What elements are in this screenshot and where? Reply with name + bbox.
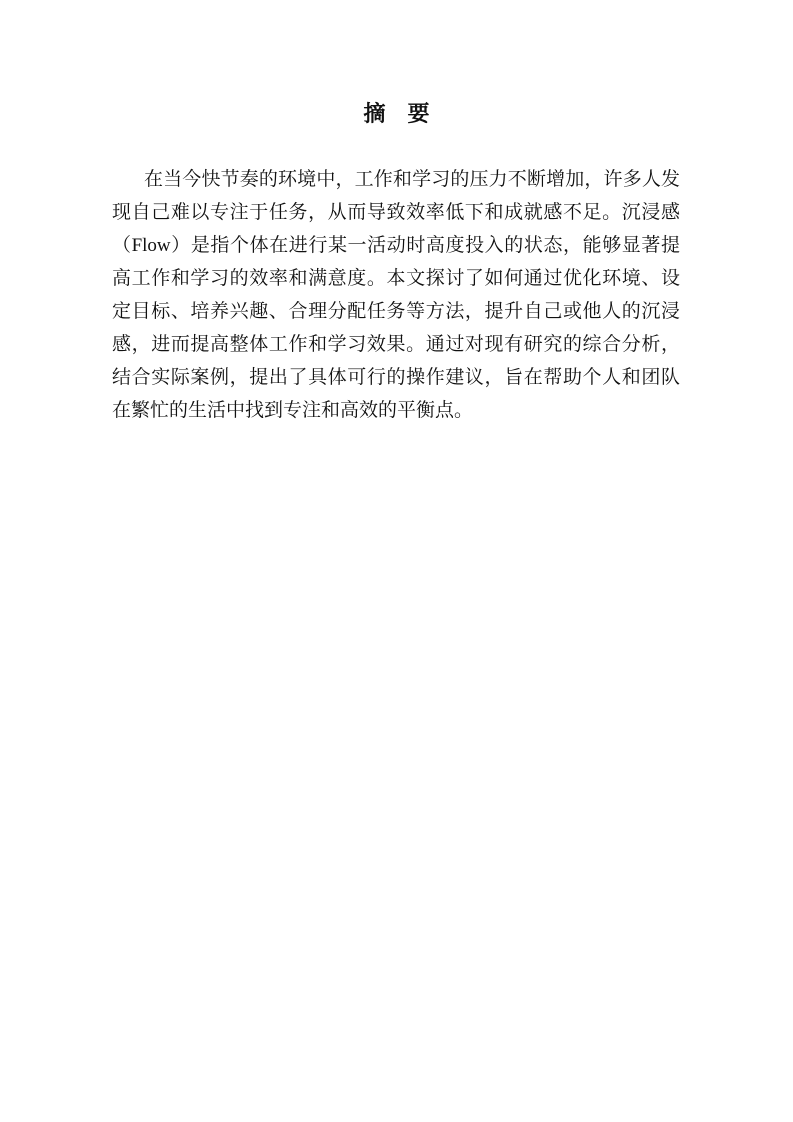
document-page: 摘 要 在当今快节奏的环境中，工作和学习的压力不断增加，许多人发现自己难以专注于…	[0, 0, 793, 1122]
abstract-title: 摘 要	[0, 101, 793, 127]
abstract-paragraph: 在当今快节奏的环境中，工作和学习的压力不断增加，许多人发现自己难以专注于任务，从…	[112, 163, 680, 427]
